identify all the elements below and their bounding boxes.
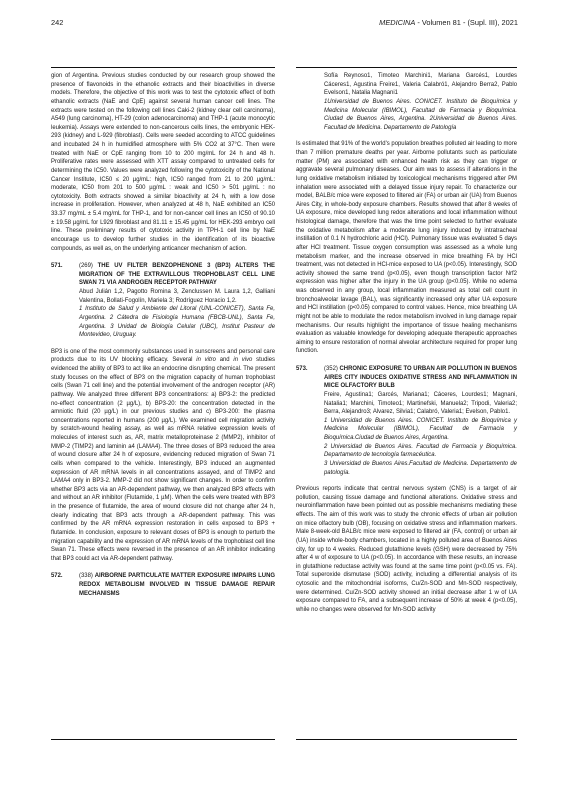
abstract-title: (352) CHRONIC EXPOSURE TO URBAN AIR POLL… bbox=[324, 365, 517, 391]
abstract-affiliation-3: 3 Universidad de Buenos Aires.Facultad d… bbox=[324, 460, 517, 477]
abstract-authors: Sofía Reynoso1, Timoteo Marchini1, Maria… bbox=[324, 72, 517, 98]
abstract-number: 571. bbox=[51, 262, 63, 271]
journal-name: MEDICINA bbox=[379, 18, 415, 27]
page-number: 242 bbox=[51, 17, 63, 29]
page-header: 242 MEDICINA - Volumen 81 - (Supl. III),… bbox=[51, 17, 518, 29]
abstract-title-text: CHRONIC EXPOSURE TO URBAN AIR POLLUTION … bbox=[324, 366, 517, 389]
continued-abstract-body: gion of Argentina. Previous studies cond… bbox=[51, 72, 275, 253]
top-rule-right bbox=[296, 67, 517, 68]
abstract-code: (352) bbox=[324, 366, 340, 372]
body-text: and bbox=[216, 357, 233, 363]
abstract-title-text: AIRBORNE PARTICULATE MATTER EXPOSURE IMP… bbox=[79, 573, 275, 596]
left-column: gion of Argentina. Previous studies cond… bbox=[51, 72, 275, 598]
abstract-affiliations: 1Universidad de Buenos Aires. CONICET. I… bbox=[324, 98, 517, 133]
abstract-573-body: Previous reports indicate that central n… bbox=[296, 485, 517, 614]
abstract-572-body: Is estimated that 91% of the world's pop… bbox=[296, 140, 517, 356]
right-column: Sofía Reynoso1, Timoteo Marchini1, Maria… bbox=[296, 72, 517, 615]
abstract-title: (269) THE UV FILTER BENZOPHENONE 3 (BP3)… bbox=[79, 262, 275, 288]
abstract-number: 572. bbox=[51, 572, 63, 581]
abstract-code: (338) bbox=[79, 573, 95, 579]
abstract-572: 572. (338) AIRBORNE PARTICULATE MATTER E… bbox=[51, 572, 275, 598]
running-head: MEDICINA - Volumen 81 - (Supl. III), 202… bbox=[379, 17, 518, 29]
body-italic: in vivo bbox=[233, 357, 252, 363]
abstract-571: 571. (269) THE UV FILTER BENZOPHENONE 3 … bbox=[51, 262, 275, 340]
abstract-572-continued: Sofía Reynoso1, Timoteo Marchini1, Maria… bbox=[296, 72, 517, 132]
abstract-571-body: BP3 is one of the most commonly substanc… bbox=[51, 348, 275, 564]
abstract-authors: Abud Julián 1,2, Pagotto Romina 3, Zencl… bbox=[79, 288, 275, 305]
abstract-code: (269) bbox=[79, 263, 98, 269]
abstract-affiliations: 1 Instituto de Salud y Ambiente del Lito… bbox=[79, 305, 275, 340]
body-italic: in vitro bbox=[196, 357, 216, 363]
abstract-affiliation-2: 2 Universidad de Buenos Aires. Facultad … bbox=[324, 443, 517, 460]
abstract-number: 573. bbox=[296, 365, 308, 374]
volume-info: - Volumen 81 - (Supl. III), 2021 bbox=[415, 18, 518, 27]
top-rule-left bbox=[51, 67, 275, 68]
bottom-rule-left bbox=[51, 739, 275, 740]
abstract-573: 573. (352) CHRONIC EXPOSURE TO URBAN AIR… bbox=[296, 365, 517, 477]
abstract-title: (338) AIRBORNE PARTICULATE MATTER EXPOSU… bbox=[79, 572, 275, 598]
abstract-title-text: THE UV FILTER BENZOPHENONE 3 (BP3) ALTER… bbox=[79, 263, 275, 286]
abstract-affiliation-1: 1 Universidad de Buenos Aires. CONICET. … bbox=[324, 417, 517, 443]
bottom-rule-right bbox=[296, 739, 517, 740]
abstract-authors: Freire, Agustina1; Garcés, Mariana1; Các… bbox=[324, 391, 517, 417]
body-text: studies evidenced the ability of BP3 to … bbox=[51, 357, 275, 561]
